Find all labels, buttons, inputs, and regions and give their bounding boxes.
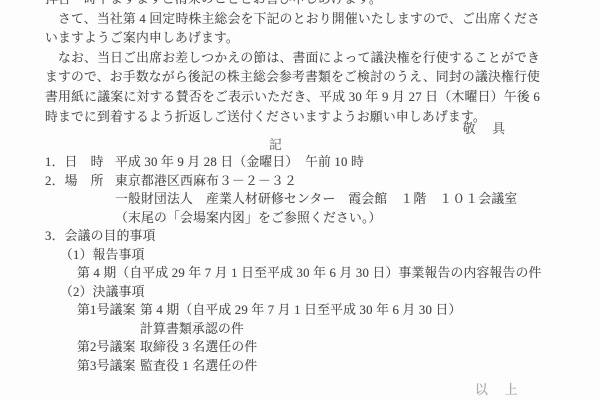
greeting-line: 拝啓 時下ますますご清栄のこととお喜び申しあげます。 bbox=[45, 0, 540, 10]
agenda-label: 3．会議の目的事項 bbox=[45, 227, 156, 246]
proposal-3-text: 監査役 1 名選任の件 bbox=[140, 357, 257, 376]
venue-lines: 東京都港区西麻布３－２－３２ 一般財団法人 産業人材研修センター 霞会館 １階 … bbox=[115, 172, 517, 228]
resolution-header: （2）決議事項 bbox=[60, 283, 540, 302]
datetime-value: 平成 30 年 9 月 28 日（金曜日） 午前 10 時 bbox=[115, 153, 364, 172]
datetime-item: 1．日 時 平成 30 年 9 月 28 日（金曜日） 午前 10 時 bbox=[45, 153, 540, 172]
venue-address: 東京都港区西麻布３－２－３２ bbox=[115, 172, 517, 191]
proposal-2-label: 第2号議案 bbox=[77, 338, 140, 357]
venue-map-note: （末尾の「会場案内図」をご参照ください。） bbox=[115, 209, 517, 228]
proposal-1-label: 第1号議案 bbox=[77, 301, 140, 320]
proposal-1-line-2: 計算書類承認の件 bbox=[140, 320, 462, 339]
venue-building: 一般財団法人 産業人材研修センター 霞会館 １階 １０１会議室 bbox=[115, 190, 517, 209]
intro-paragraph-line-2: いますようご案内申しあげます。 bbox=[45, 29, 540, 49]
report-header: （1）報告事項 bbox=[60, 246, 540, 265]
shareholder-meeting-notice: 拝啓 時下ますますご清栄のこととお喜び申しあげます。 さて、当社第 4 回定時株… bbox=[0, 0, 600, 390]
proposal-row-3: 第3号議案 監査役 1 名選任の件 bbox=[77, 357, 540, 376]
proposal-row-2: 第2号議案 取締役 3 名選任の件 bbox=[77, 338, 540, 357]
proposal-2-text: 取締役 3 名選任の件 bbox=[140, 338, 257, 357]
proposal-1-line-1: 第 4 期（自平成 29 年 7 月 1 日至平成 30 年 6 月 30 日） bbox=[140, 301, 462, 320]
report-item: 第 4 期（自平成 29 年 7 月 1 日至平成 30 年 6 月 30 日）… bbox=[77, 264, 540, 283]
end-marker: 以 上 bbox=[475, 381, 519, 399]
voting-paragraph-line-1: なお、当日ご出席お差しつかえの節は、書面によって議決権を行使することができ bbox=[45, 49, 540, 69]
record-marker: 記 bbox=[45, 138, 540, 153]
intro-paragraph-line-1: さて、当社第 4 回定時株主総会を下記のとおり開催いたしますので、ご出席くださ bbox=[45, 10, 540, 30]
proposal-1-text: 第 4 期（自平成 29 年 7 月 1 日至平成 30 年 6 月 30 日）… bbox=[140, 301, 462, 338]
venue-label: 2．場 所 bbox=[45, 172, 102, 191]
letter-body: 拝啓 時下ますますご清栄のこととお喜び申しあげます。 さて、当社第 4 回定時株… bbox=[45, 0, 540, 127]
voting-paragraph-line-2: ますので、お手数ながら後記の株主総会参考書類をご検討のうえ、同封の議決権行使 bbox=[45, 68, 540, 88]
venue-item: 2．場 所 東京都港区西麻布３－２－３２ 一般財団法人 産業人材研修センター 霞… bbox=[45, 172, 540, 228]
proposal-row-1: 第1号議案 第 4 期（自平成 29 年 7 月 1 日至平成 30 年 6 月… bbox=[77, 301, 540, 338]
meeting-info-list: 1．日 時 平成 30 年 9 月 28 日（金曜日） 午前 10 時 2．場 … bbox=[45, 153, 540, 375]
voting-paragraph-line-3: 書用紙に議案に対する賛否をご表示いただき、平成 30 年 9 月 27 日（木曜… bbox=[45, 88, 540, 108]
proposal-3-label: 第3号議案 bbox=[77, 357, 140, 376]
agenda-item: 3．会議の目的事項 bbox=[45, 227, 540, 246]
datetime-label: 1．日 時 bbox=[45, 153, 102, 172]
